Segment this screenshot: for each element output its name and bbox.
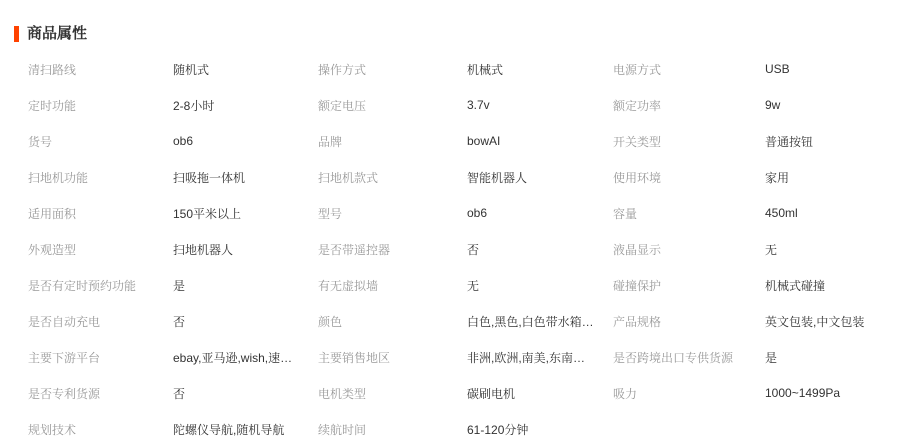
attr-label: 是否有定时预约功能 bbox=[28, 267, 173, 303]
attr-value: 非洲,欧洲,南美,东南… bbox=[467, 339, 613, 375]
attr-label: 颜色 bbox=[318, 303, 467, 339]
attr-label: 是否跨境出口专供货源 bbox=[613, 339, 765, 375]
attr-value: 是 bbox=[765, 339, 918, 375]
attr-label: 碰撞保护 bbox=[613, 267, 765, 303]
attr-label: 扫地机功能 bbox=[28, 159, 173, 195]
attr-label: 清扫路线 bbox=[28, 51, 173, 87]
attr-label: 扫地机款式 bbox=[318, 159, 467, 195]
attr-value: 是 bbox=[173, 267, 318, 303]
attr-value: 机械式碰撞 bbox=[765, 267, 918, 303]
attr-value: 机械式 bbox=[467, 51, 613, 87]
attr-value: 陀螺仪导航,随机导航 bbox=[173, 411, 318, 439]
attr-label: 容量 bbox=[613, 195, 765, 231]
section-title: 商品属性 bbox=[27, 24, 87, 44]
accent-bar bbox=[14, 26, 19, 42]
attr-value: 9w bbox=[765, 87, 918, 123]
attr-value: 英文包装,中文包装 bbox=[765, 303, 918, 339]
attr-label: 主要销售地区 bbox=[318, 339, 467, 375]
attr-label: 续航时间 bbox=[318, 411, 467, 439]
attr-label: 电机类型 bbox=[318, 375, 467, 411]
attr-value: 3.7v bbox=[467, 87, 613, 123]
attr-value: 61-120分钟 bbox=[467, 411, 613, 439]
attr-label: 额定电压 bbox=[318, 87, 467, 123]
attr-value: USB bbox=[765, 51, 918, 87]
attr-label: 吸力 bbox=[613, 375, 765, 411]
attr-label: 适用面积 bbox=[28, 195, 173, 231]
attr-label: 型号 bbox=[318, 195, 467, 231]
attr-value: 150平米以上 bbox=[173, 195, 318, 231]
attr-label: 主要下游平台 bbox=[28, 339, 173, 375]
attr-label: 有无虚拟墙 bbox=[318, 267, 467, 303]
attr-value: 普通按钮 bbox=[765, 123, 918, 159]
attr-label: 电源方式 bbox=[613, 51, 765, 87]
attr-value: 智能机器人 bbox=[467, 159, 613, 195]
attr-label: 规划技术 bbox=[28, 411, 173, 439]
attr-value: ob6 bbox=[467, 195, 613, 231]
attr-label: 液晶显示 bbox=[613, 231, 765, 267]
attr-label: 定时功能 bbox=[28, 87, 173, 123]
attr-value: 450ml bbox=[765, 195, 918, 231]
attr-value: 1000~1499Pa bbox=[765, 375, 918, 411]
attr-value: 随机式 bbox=[173, 51, 318, 87]
attr-value: 否 bbox=[467, 231, 613, 267]
attr-label: 开关类型 bbox=[613, 123, 765, 159]
attr-value: 碳刷电机 bbox=[467, 375, 613, 411]
attr-value: ebay,亚马逊,wish,速… bbox=[173, 339, 318, 375]
attr-value: 2-8小时 bbox=[173, 87, 318, 123]
attr-label: 是否带遥控器 bbox=[318, 231, 467, 267]
attr-value: 家用 bbox=[765, 159, 918, 195]
attr-label: 使用环境 bbox=[613, 159, 765, 195]
attr-value: 否 bbox=[173, 375, 318, 411]
attr-value: 扫地机器人 bbox=[173, 231, 318, 267]
attr-value: 无 bbox=[467, 267, 613, 303]
section-header: 商品属性 bbox=[14, 24, 918, 44]
attr-label: 额定功率 bbox=[613, 87, 765, 123]
attr-label: 是否专利货源 bbox=[28, 375, 173, 411]
attr-value: 白色,黑色,白色带水箱… bbox=[467, 303, 613, 339]
attr-label: 外观造型 bbox=[28, 231, 173, 267]
attr-value: bowAI bbox=[467, 123, 613, 159]
attr-label: 品牌 bbox=[318, 123, 467, 159]
product-attributes-section: 商品属性 清扫路线随机式操作方式机械式电源方式USB定时功能2-8小时额定电压3… bbox=[0, 24, 918, 439]
attr-value: 无 bbox=[765, 231, 918, 267]
attr-value: 扫吸拖一体机 bbox=[173, 159, 318, 195]
attr-label: 产品规格 bbox=[613, 303, 765, 339]
attr-value: ob6 bbox=[173, 123, 318, 159]
attributes-grid: 清扫路线随机式操作方式机械式电源方式USB定时功能2-8小时额定电压3.7v额定… bbox=[28, 51, 918, 439]
attr-label: 操作方式 bbox=[318, 51, 467, 87]
attr-value: 否 bbox=[173, 303, 318, 339]
attr-label: 货号 bbox=[28, 123, 173, 159]
attr-label: 是否自动充电 bbox=[28, 303, 173, 339]
